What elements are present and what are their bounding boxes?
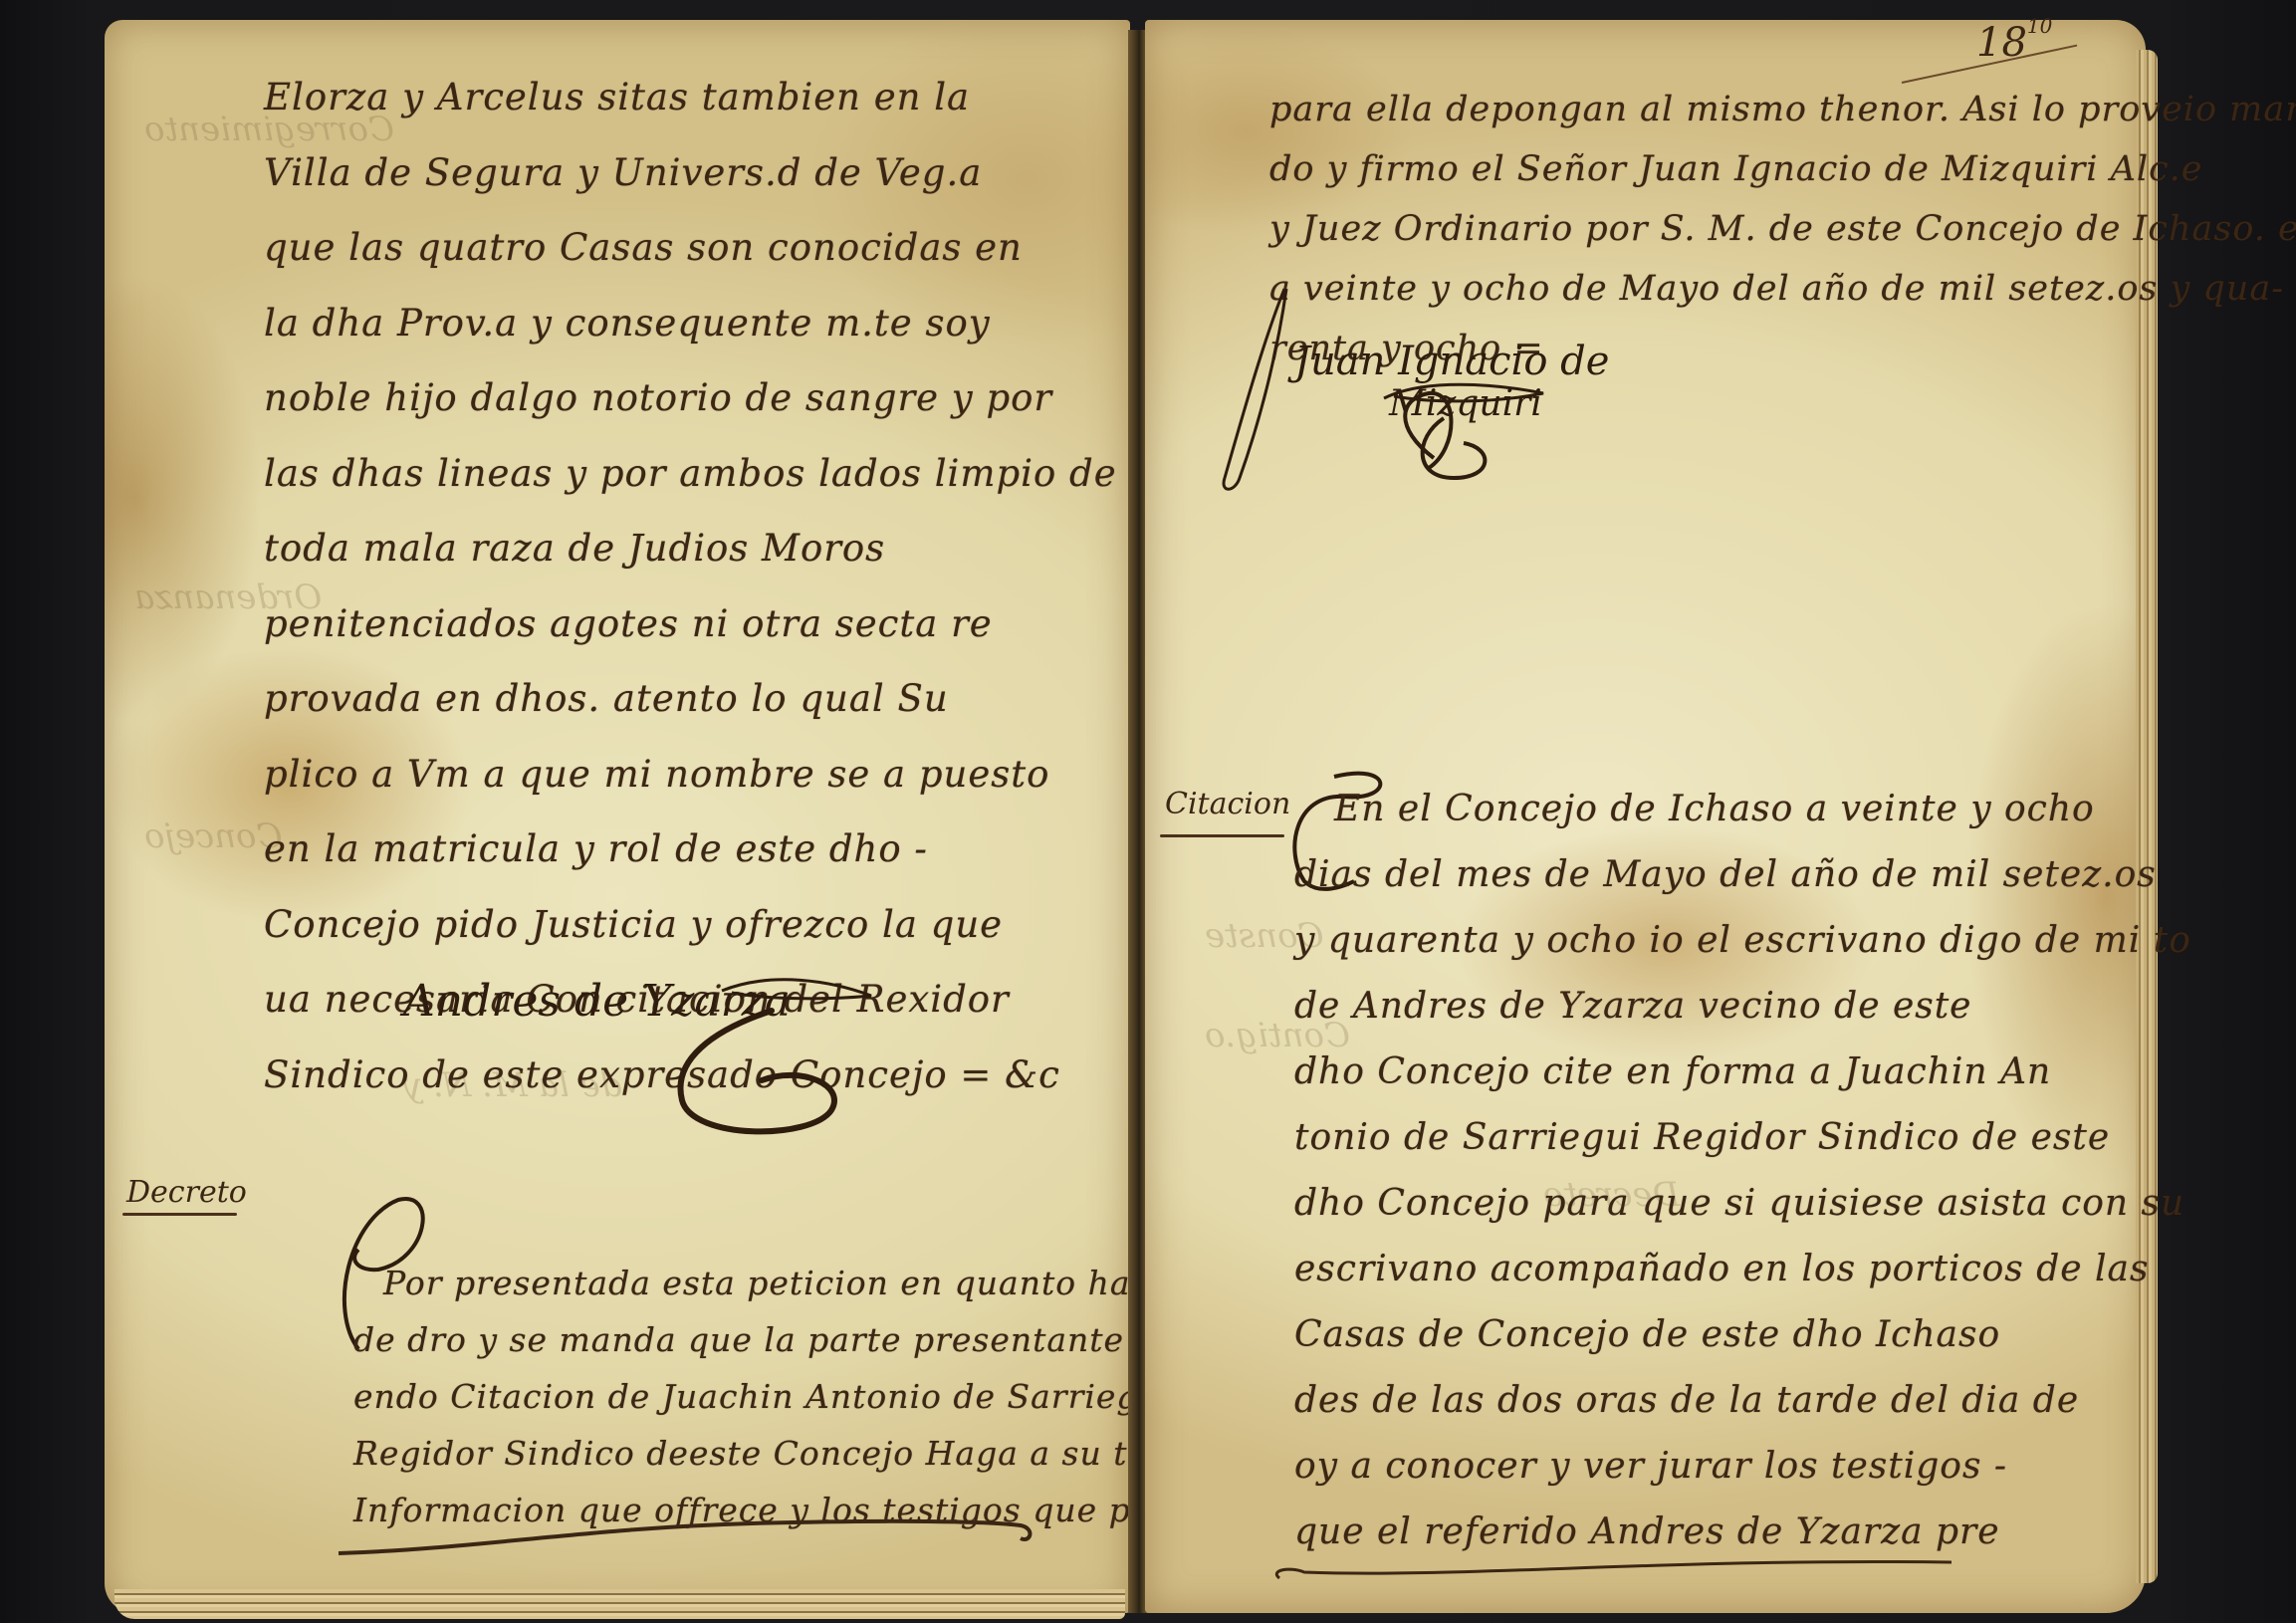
text-line: dias del mes de Mayo del año de mil sete… xyxy=(1294,842,2191,908)
text-line: des de las dos oras de la tarde del dia … xyxy=(1294,1368,2191,1434)
text-line: provada en dhos. atento lo qual Su xyxy=(264,661,1117,737)
text-line: Villa de Segura y Univers.d de Veg.a xyxy=(264,135,1117,211)
text-line: escrivano acompañado en los porticos de … xyxy=(1294,1237,2191,1302)
text-line: y Juez Ordinario por S. M. de este Conce… xyxy=(1269,199,2296,259)
text-line: Concejo pido Justicia y ofrezco la que xyxy=(264,887,1117,963)
text-line: para ella depongan al mismo thenor. Asi … xyxy=(1269,80,2296,139)
text-line: Elorza y Arcelus sitas tambien en la xyxy=(264,60,1117,135)
text-line: en la matricula y rol de este dho - xyxy=(264,811,1117,887)
text-line: dho Concejo cite en forma a Juachin An xyxy=(1294,1040,2191,1105)
petition-text: Elorza y Arcelus sitas tambien en la Vil… xyxy=(264,60,1117,1112)
text-line: penitenciados agotes ni otra secta re xyxy=(264,586,1117,662)
text-line: de Andres de Yzarza vecino de este xyxy=(1294,974,2191,1040)
text-line: la dha Prov.a y consequente m.te soy xyxy=(264,286,1117,361)
closing-line-flourish-icon xyxy=(334,1504,1050,1563)
text-line: do y firmo el Señor Juan Ignacio de Mizq… xyxy=(1269,139,2296,199)
rubric-loops-icon xyxy=(1374,358,1553,488)
right-page: 1810 Conste Contig.o Decreto para ella d… xyxy=(1145,20,2146,1613)
margin-label-decreto: Decreto xyxy=(126,1175,247,1210)
rubric-flourish-icon xyxy=(573,971,891,1150)
text-line: oy a conocer y ver jurar los testigos - xyxy=(1294,1434,2191,1500)
folio-number-main: 18 xyxy=(1976,20,2027,66)
margin-label-citacion: Citacion xyxy=(1165,787,1290,821)
margin-underline xyxy=(1160,834,1284,837)
text-line: noble hijo dalgo notorio de sangre y por xyxy=(264,360,1117,436)
page-edge-bottom xyxy=(115,1589,1125,1619)
open-ledger: Corregimiento Ordenanza Concejo de la M.… xyxy=(105,20,2151,1613)
bleed-through-text: Concejo xyxy=(144,816,283,856)
text-line: Casas de Concejo de este dho Ichaso xyxy=(1294,1302,2191,1368)
text-line: las dhas lineas y por ambos lados limpio… xyxy=(264,436,1117,512)
margin-underline xyxy=(122,1213,237,1216)
text-line: que las quatro Casas son conocidas en xyxy=(264,210,1117,286)
left-page: Corregimiento Ordenanza Concejo de la M.… xyxy=(105,20,1130,1613)
citation-text: En el Concejo de Ichaso a veinte y ocho … xyxy=(1294,777,2191,1565)
text-line: En el Concejo de Ichaso a veinte y ocho xyxy=(1334,777,2191,842)
text-line: dho Concejo para que si quisiese asista … xyxy=(1294,1171,2191,1237)
text-line: toda mala raza de Judios Moros xyxy=(264,511,1117,586)
text-line: y quarenta y ocho io el escrivano digo d… xyxy=(1294,908,2191,974)
closing-line-flourish-icon xyxy=(1264,1548,1961,1588)
folio-number-superscript: 10 xyxy=(2027,14,2052,38)
text-line: plico a Vm a que mi nombre se a puesto xyxy=(264,737,1117,812)
text-line: tonio de Sarriegui Regidor Sindico de es… xyxy=(1294,1105,2191,1171)
